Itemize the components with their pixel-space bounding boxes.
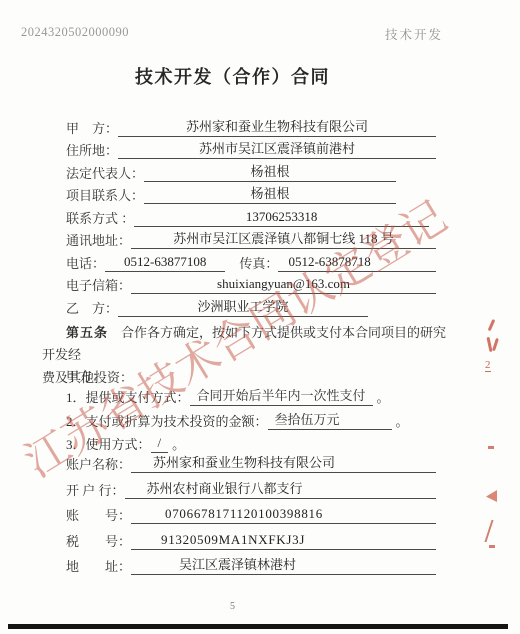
contract-type-label: 技术开发 [385,25,443,43]
field-label: 账户名称： [66,454,131,473]
red-ink-fragment [489,545,495,548]
field-row-project-contact: 项目联系人： 杨祖根 [66,182,436,205]
red-ink-note-fragment: 2 [485,359,491,372]
fax-label: 传真： [225,253,278,272]
field-value: 苏州家和蚕业生物科技有限公司 [118,116,436,137]
field-label: 账 号： [66,505,131,524]
scan-edge-bar [8,624,508,629]
payment-items-list: 1．提供或支付方式： 合同开始后半年内一次性支付 。 2．支付或折算为技术投资的… [66,383,436,453]
field-value: 杨祖根 [144,161,396,182]
registration-number: 2024320502000090 [21,25,129,40]
blank-underline [347,429,392,430]
article-heading: 第五条 [66,325,108,340]
item-suffix: 。 [396,411,409,430]
page-number: 5 [0,601,465,612]
field-row-phone-fax: 电话： 0512-63877108 传真： 0512-63878718 [66,249,436,272]
field-value: 苏州农村商业银行八都支行 [125,478,436,499]
phone-label: 电话： [66,253,105,272]
field-value: 13706253318 [134,209,429,227]
field-label: 法定代表人： [66,163,144,182]
field-label: 甲 方： [66,118,118,137]
field-row-legal-rep: 法定代表人： 杨祖根 [66,159,436,182]
page-title: 技术开发（合作）合同 [0,63,465,89]
fax-value: 0512-63878718 [278,254,436,272]
red-ink-fragment [484,520,501,542]
field-value: shuixiangyuan@163.com [131,276,436,294]
field-value: 苏州市吴江区震泽镇八都铜七线 118 号 [131,228,436,249]
field-label: 住所地： [66,140,118,159]
field-label: 联系方式 ： [66,208,134,227]
field-label: 项目联系人： [66,185,144,204]
field-label: 乙 方： [66,298,118,317]
bank-info-form: 账户名称： 苏州家和蚕业生物科技有限公司 开 户 行： 苏州农村商业银行八都支行… [66,448,436,575]
red-ink-fragment [488,319,495,331]
field-row-party-b: 乙 方： 沙洲职业工学院 [66,294,436,317]
red-ink-fragment [492,338,498,351]
field-row-email: 电子信箱： shuixiangyuan@163.com [66,272,436,295]
field-row-bank-address: 地 址： 吴江区震泽镇林港村 [66,550,436,575]
field-row-account-number: 账 号： 0706678171120100398816 [66,499,436,524]
field-value: 91320509MA1NXFKJ3J [131,532,436,550]
field-value: 杨祖根 [144,183,396,204]
field-label: 通讯地址： [66,230,131,249]
payment-item-2: 2．支付或折算为技术投资的金额： 叁拾伍万元 。 [66,406,436,429]
item-value: 叁拾伍万元 [268,409,347,430]
field-row-mailing-address: 通讯地址： 苏州市吴江区震泽镇八都铜七线 118 号 [66,227,436,250]
field-label: 税 号： [66,531,131,550]
field-value: 吴江区震泽镇林港村 [131,554,436,575]
field-value: 沙洲职业工学院 [118,296,368,317]
field-label: 地 址： [66,556,131,575]
field-row-account-name: 账户名称： 苏州家和蚕业生物科技有限公司 [66,448,436,473]
item-prefix: 1．提供或支付方式： [66,387,190,406]
phone-value: 0512-63877108 [105,254,225,272]
field-value: 苏州家和蚕业生物科技有限公司 [131,452,436,473]
field-value: 苏州市吴江区震泽镇前港村 [118,138,436,159]
field-label: 开 户 行： [66,480,125,499]
item-suffix: 。 [377,387,390,406]
field-row-tax-number: 税 号： 91320509MA1NXFKJ3J [66,524,436,549]
party-info-form: 甲 方： 苏州家和蚕业生物科技有限公司 住所地： 苏州市吴江区震泽镇前港村 法定… [66,114,436,317]
field-row-party-a: 甲 方： 苏州家和蚕业生物科技有限公司 [66,114,436,137]
red-ink-fragment [486,337,492,352]
field-label: 电子信箱： [66,275,131,294]
field-row-bank-branch: 开 户 行： 苏州农村商业银行八都支行 [66,473,436,498]
field-value: 0706678171120100398816 [131,506,436,524]
item-value: 合同开始后半年内一次性支付 [190,385,373,406]
red-ink-fragment [488,446,494,449]
field-row-address: 住所地： 苏州市吴江区震泽镇前港村 [66,137,436,160]
field-row-contact-number: 联系方式 ： 13706253318 [66,204,436,227]
red-ink-fragment [486,490,497,502]
payment-item-1: 1．提供或支付方式： 合同开始后半年内一次性支付 。 [66,383,436,406]
item-prefix: 2．支付或折算为技术投资的金额： [66,411,268,430]
